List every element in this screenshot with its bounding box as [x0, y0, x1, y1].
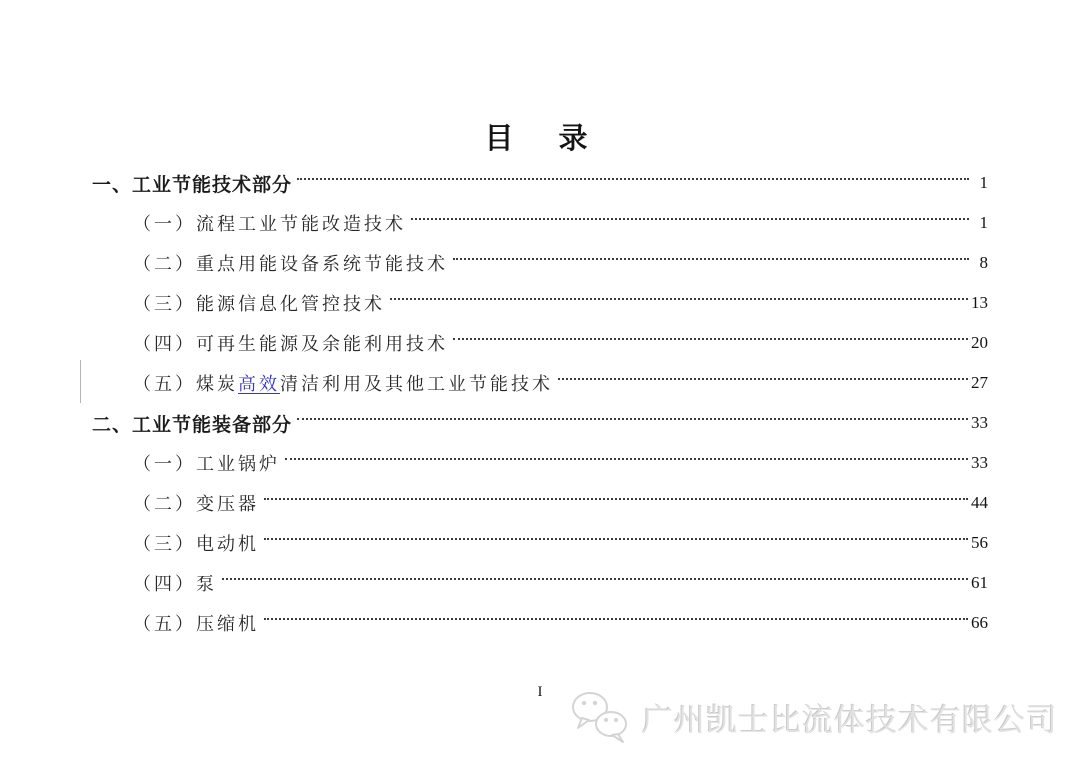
toc-entry-label: （一）流程工业节能改造技术	[133, 210, 406, 236]
toc-entry: （一）流程工业节能改造技术1	[92, 203, 988, 243]
dot-leader	[558, 378, 968, 380]
toc-label-text: （四）泵	[133, 574, 217, 595]
toc-label-text: （三）电动机	[133, 534, 259, 555]
document-page: 目 录 一、工业节能技术部分1（一）流程工业节能改造技术1（二）重点用能设备系统…	[0, 0, 1080, 764]
toc-entry-label: （三）能源信息化管控技术	[133, 290, 385, 316]
toc-label-text: （二）变压器	[133, 494, 259, 515]
toc-page-number: 8	[972, 253, 988, 273]
dot-leader	[264, 498, 968, 500]
toc-label-text: （二）重点用能设备系统节能技术	[133, 254, 448, 275]
toc-page-number: 1	[972, 173, 988, 193]
toc-entry-label: （三）电动机	[133, 530, 259, 556]
toc-entry: （二）重点用能设备系统节能技术8	[92, 243, 988, 283]
toc-entry-label: 二、工业节能装备部分	[92, 410, 292, 437]
dot-leader	[285, 458, 968, 460]
dot-leader	[297, 178, 969, 180]
toc-page-number: 1	[972, 213, 988, 233]
toc-entry-label: （二）变压器	[133, 490, 259, 516]
toc-page-number: 20	[971, 333, 988, 353]
dot-leader	[411, 218, 969, 220]
toc-entry-label: （五）煤炭高效清洁利用及其他工业节能技术	[133, 370, 553, 396]
toc-entry-label: （四）可再生能源及余能利用技术	[133, 330, 448, 356]
toc-label-part: （五）煤炭	[133, 374, 238, 395]
footer-page-number: I	[0, 684, 1080, 701]
toc-page-number: 44	[971, 493, 988, 513]
toc-entry: （四）可再生能源及余能利用技术20	[92, 323, 988, 363]
toc-entry: （五）压缩机66	[92, 603, 988, 643]
scan-artifact-line	[80, 360, 81, 403]
toc-entry-label: （二）重点用能设备系统节能技术	[133, 250, 448, 276]
toc-page-number: 13	[971, 293, 988, 313]
toc-page-number: 33	[971, 413, 988, 433]
toc-label-text: 一、工业节能技术部分	[92, 175, 292, 196]
toc-entry: （三）电动机56	[92, 523, 988, 563]
toc-entry: 一、工业节能技术部分1	[92, 163, 988, 203]
dot-leader	[453, 258, 969, 260]
toc-entry: （五）煤炭高效清洁利用及其他工业节能技术27	[92, 363, 988, 403]
dot-leader	[222, 578, 968, 580]
toc-page-number: 56	[971, 533, 988, 553]
toc-page-number: 33	[971, 453, 988, 473]
toc-label-text: （一）工业锅炉	[133, 454, 280, 475]
toc-label-text: 二、工业节能装备部分	[92, 415, 292, 436]
toc-entry: 二、工业节能装备部分33	[92, 403, 988, 443]
toc-label-text: （一）流程工业节能改造技术	[133, 214, 406, 235]
table-of-contents: 一、工业节能技术部分1（一）流程工业节能改造技术1（二）重点用能设备系统节能技术…	[92, 163, 988, 643]
toc-page-number: 66	[971, 613, 988, 633]
page-title: 目 录	[0, 116, 1080, 157]
dot-leader	[264, 538, 968, 540]
dot-leader	[264, 618, 968, 620]
toc-label-part: 清洁利用及其他工业节能技术	[280, 374, 553, 395]
toc-entry: （四）泵61	[92, 563, 988, 603]
toc-page-number: 27	[971, 373, 988, 393]
watermark-company-name: 广州凯士比流体技术有限公司	[642, 695, 1058, 740]
toc-entry-label: （一）工业锅炉	[133, 450, 280, 476]
toc-hyperlink[interactable]: 高效	[238, 374, 280, 395]
toc-entry-label: 一、工业节能技术部分	[92, 170, 292, 197]
dot-leader	[297, 418, 968, 420]
toc-entry: （一）工业锅炉33	[92, 443, 988, 483]
toc-label-text: （四）可再生能源及余能利用技术	[133, 334, 448, 355]
toc-entry: （二）变压器44	[92, 483, 988, 523]
dot-leader	[453, 338, 968, 340]
toc-entry-label: （四）泵	[133, 570, 217, 596]
toc-entry: （三）能源信息化管控技术13	[92, 283, 988, 323]
toc-page-number: 61	[971, 573, 988, 593]
toc-entry-label: （五）压缩机	[133, 610, 259, 636]
toc-label-text: （三）能源信息化管控技术	[133, 294, 385, 315]
dot-leader	[390, 298, 968, 300]
toc-label-text: （五）压缩机	[133, 614, 259, 635]
